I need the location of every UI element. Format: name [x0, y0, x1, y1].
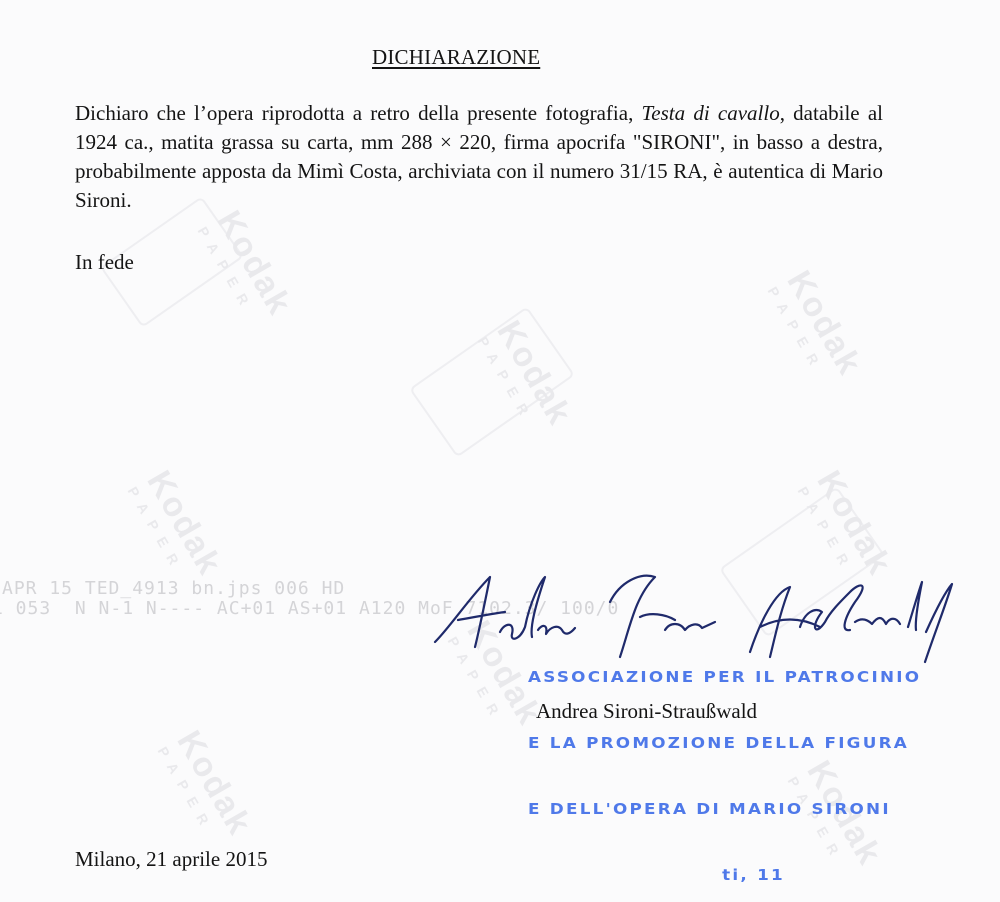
closing-text: In fede — [75, 250, 134, 275]
stamp-line: ti, 11 — [528, 864, 921, 886]
handwritten-signature — [430, 572, 970, 672]
watermark-kodak: KodakPAPER — [475, 314, 580, 440]
watermark-kodak: KodakPAPER — [125, 464, 230, 590]
artwork-title: Testa di cavallo — [642, 101, 780, 125]
watermark-kodak: KodakPAPER — [765, 264, 870, 390]
print-code-line-1: APR 15 TED_4913 bn.jps 006 HD — [2, 578, 345, 599]
watermark-kodak: KodakPAPER — [155, 724, 260, 850]
signer-name: Andrea Sironi-Straußwald — [536, 699, 757, 724]
place-and-date: Milano, 21 aprile 2015 — [75, 847, 267, 872]
paragraph-text-1: Dichiaro che l’opera riprodotta a retro … — [75, 101, 642, 125]
watermark-frame — [409, 306, 575, 457]
stamp-line: E LA PROMOZIONE DELLA FIGURA — [528, 732, 921, 754]
stamp-line: E DELL'OPERA DI MARIO SIRONI — [528, 798, 921, 820]
declaration-paragraph: Dichiaro che l’opera riprodotta a retro … — [75, 99, 883, 215]
watermark-kodak: KodakPAPER — [195, 204, 300, 330]
document-title: DICHIARAZIONE — [372, 45, 540, 70]
